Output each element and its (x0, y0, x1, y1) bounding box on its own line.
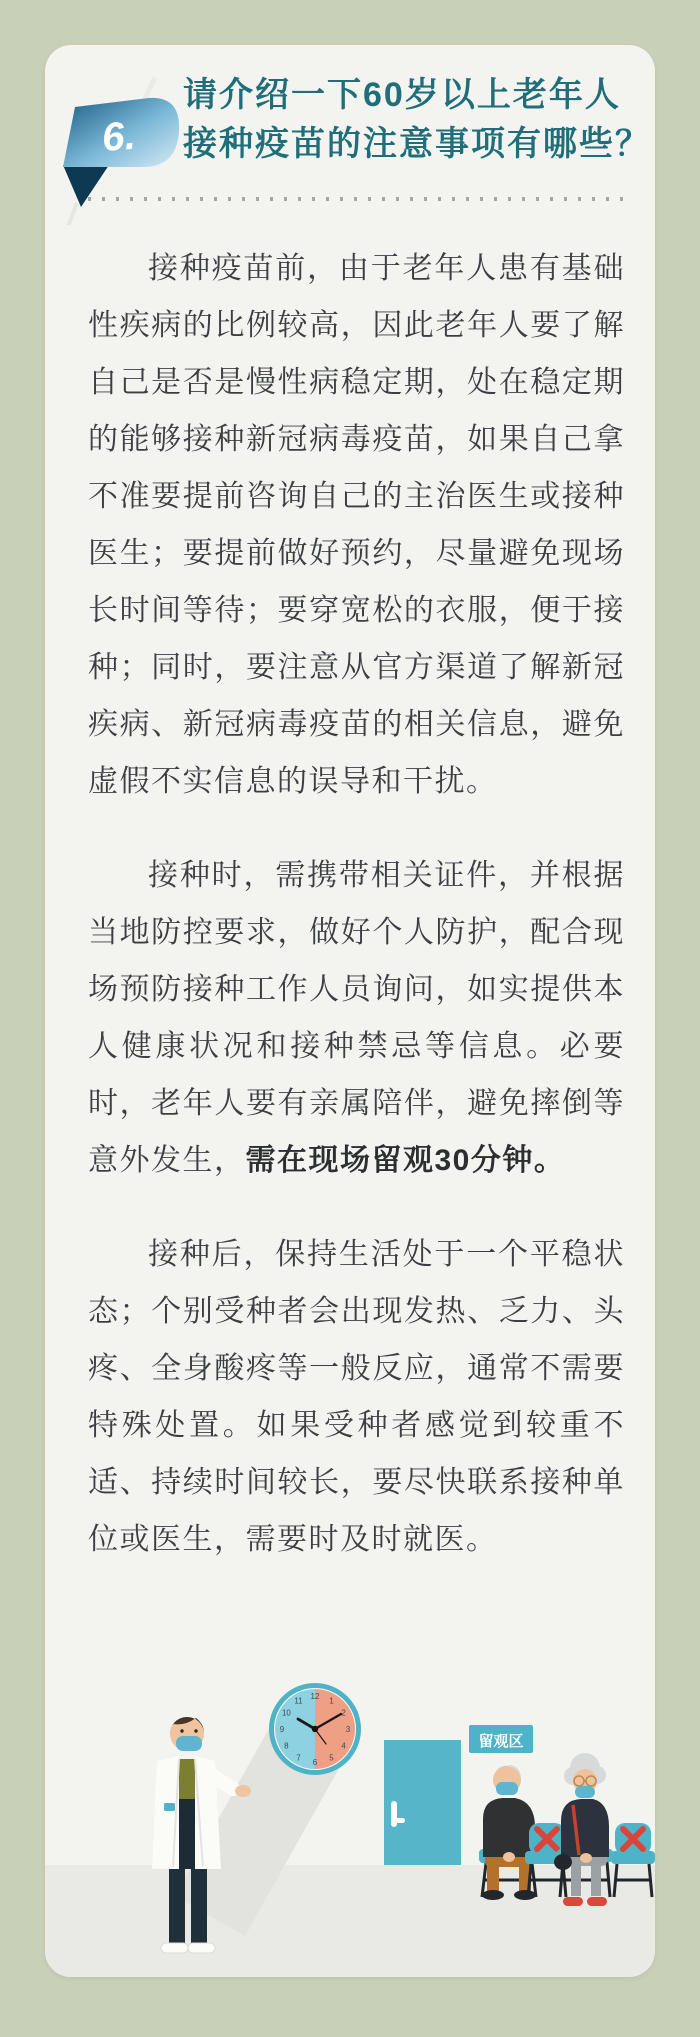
clock-number: 5 (329, 1754, 334, 1763)
doctor-mask-icon (176, 1736, 202, 1751)
doctor-hand (235, 1785, 251, 1797)
woman-hands (580, 1853, 592, 1863)
observation-30min-bold: 需在现场留观30分钟。 (246, 1144, 566, 1177)
clock-number: 4 (341, 1742, 346, 1751)
article: 接种疫苗前，由于老年人患有基础性疾病的比例较高，因此老年人要了解自己是否是慢性病… (45, 240, 655, 1568)
doctor-shoe (161, 1943, 188, 1953)
paragraph-after-vaccination: 接种后，保持生活处于一个平稳状态；个别受种者会出现发热、乏力、头疼、全身酸疼等一… (88, 1226, 625, 1568)
clock-number: 12 (311, 1692, 320, 1701)
clock-icon: 121234567891011 (269, 1683, 361, 1775)
doctor-coat (152, 1756, 179, 1869)
woman-top (561, 1799, 609, 1857)
dotted-divider (88, 197, 625, 201)
clock-number: 7 (296, 1754, 301, 1763)
doctor-shirt (178, 1759, 196, 1799)
waiting-room-illustration: 留观区 121234567891011 (45, 1577, 655, 1977)
doctor-badge-icon (164, 1803, 175, 1811)
man-jacket (483, 1798, 535, 1857)
observation-sign: 留观区 (469, 1725, 533, 1753)
infographic-page: 6. 请介绍一下60岁以上老年人 接种疫苗的注意事项有哪些？ 接种疫苗前，由于老… (0, 0, 700, 2037)
header: 6. 请介绍一下60岁以上老年人 接种疫苗的注意事项有哪些？ (45, 45, 655, 203)
door-handle-icon (391, 1801, 397, 1827)
clock-number: 10 (282, 1709, 291, 1718)
content-card: 6. 请介绍一下60岁以上老年人 接种疫苗的注意事项有哪些？ 接种疫苗前，由于老… (45, 45, 655, 1977)
clock-number: 1 (329, 1696, 334, 1705)
title-line-2: 接种疫苗的注意事项有哪些？ (183, 120, 651, 169)
observation-sign-label: 留观区 (478, 1732, 523, 1750)
page-title: 请介绍一下60岁以上老年人 接种疫苗的注意事项有哪些？ (183, 71, 651, 169)
man-shoe (514, 1890, 536, 1900)
title-line-1: 请介绍一下60岁以上老年人 (183, 71, 651, 120)
paragraph-during-text: 接种时，需携带相关证件，并根据当地防控要求，做好个人防护，配合现场预防接种工作人… (88, 859, 625, 1177)
woman-mask-icon (575, 1786, 595, 1798)
woman-shoe (563, 1897, 583, 1906)
man-hands (503, 1852, 515, 1862)
badge-streak-lower (61, 203, 77, 225)
handbag-icon (554, 1854, 572, 1870)
doctor-shoe (188, 1943, 215, 1953)
paragraph-during-vaccination: 接种时，需携带相关证件，并根据当地防控要求，做好个人防护，配合现场预防接种工作人… (88, 847, 625, 1189)
clock-number: 11 (294, 1696, 303, 1705)
clock-number: 3 (346, 1725, 351, 1734)
woman-shoe (587, 1897, 607, 1906)
number-badge: 6. (51, 75, 191, 225)
door (384, 1740, 461, 1865)
clock-center-dot (312, 1726, 318, 1732)
chair-seat (611, 1851, 655, 1864)
clock-number: 2 (341, 1709, 346, 1718)
clock-number: 6 (313, 1758, 318, 1767)
clock-number: 8 (284, 1742, 289, 1751)
paragraph-before-vaccination: 接种疫苗前，由于老年人患有基础性疾病的比例较高，因此老年人要了解自己是否是慢性病… (88, 240, 625, 810)
man-mask-icon (496, 1782, 518, 1795)
badge-number: 6. (101, 114, 137, 160)
clock-number: 9 (280, 1725, 285, 1734)
man-shoe (482, 1890, 504, 1900)
